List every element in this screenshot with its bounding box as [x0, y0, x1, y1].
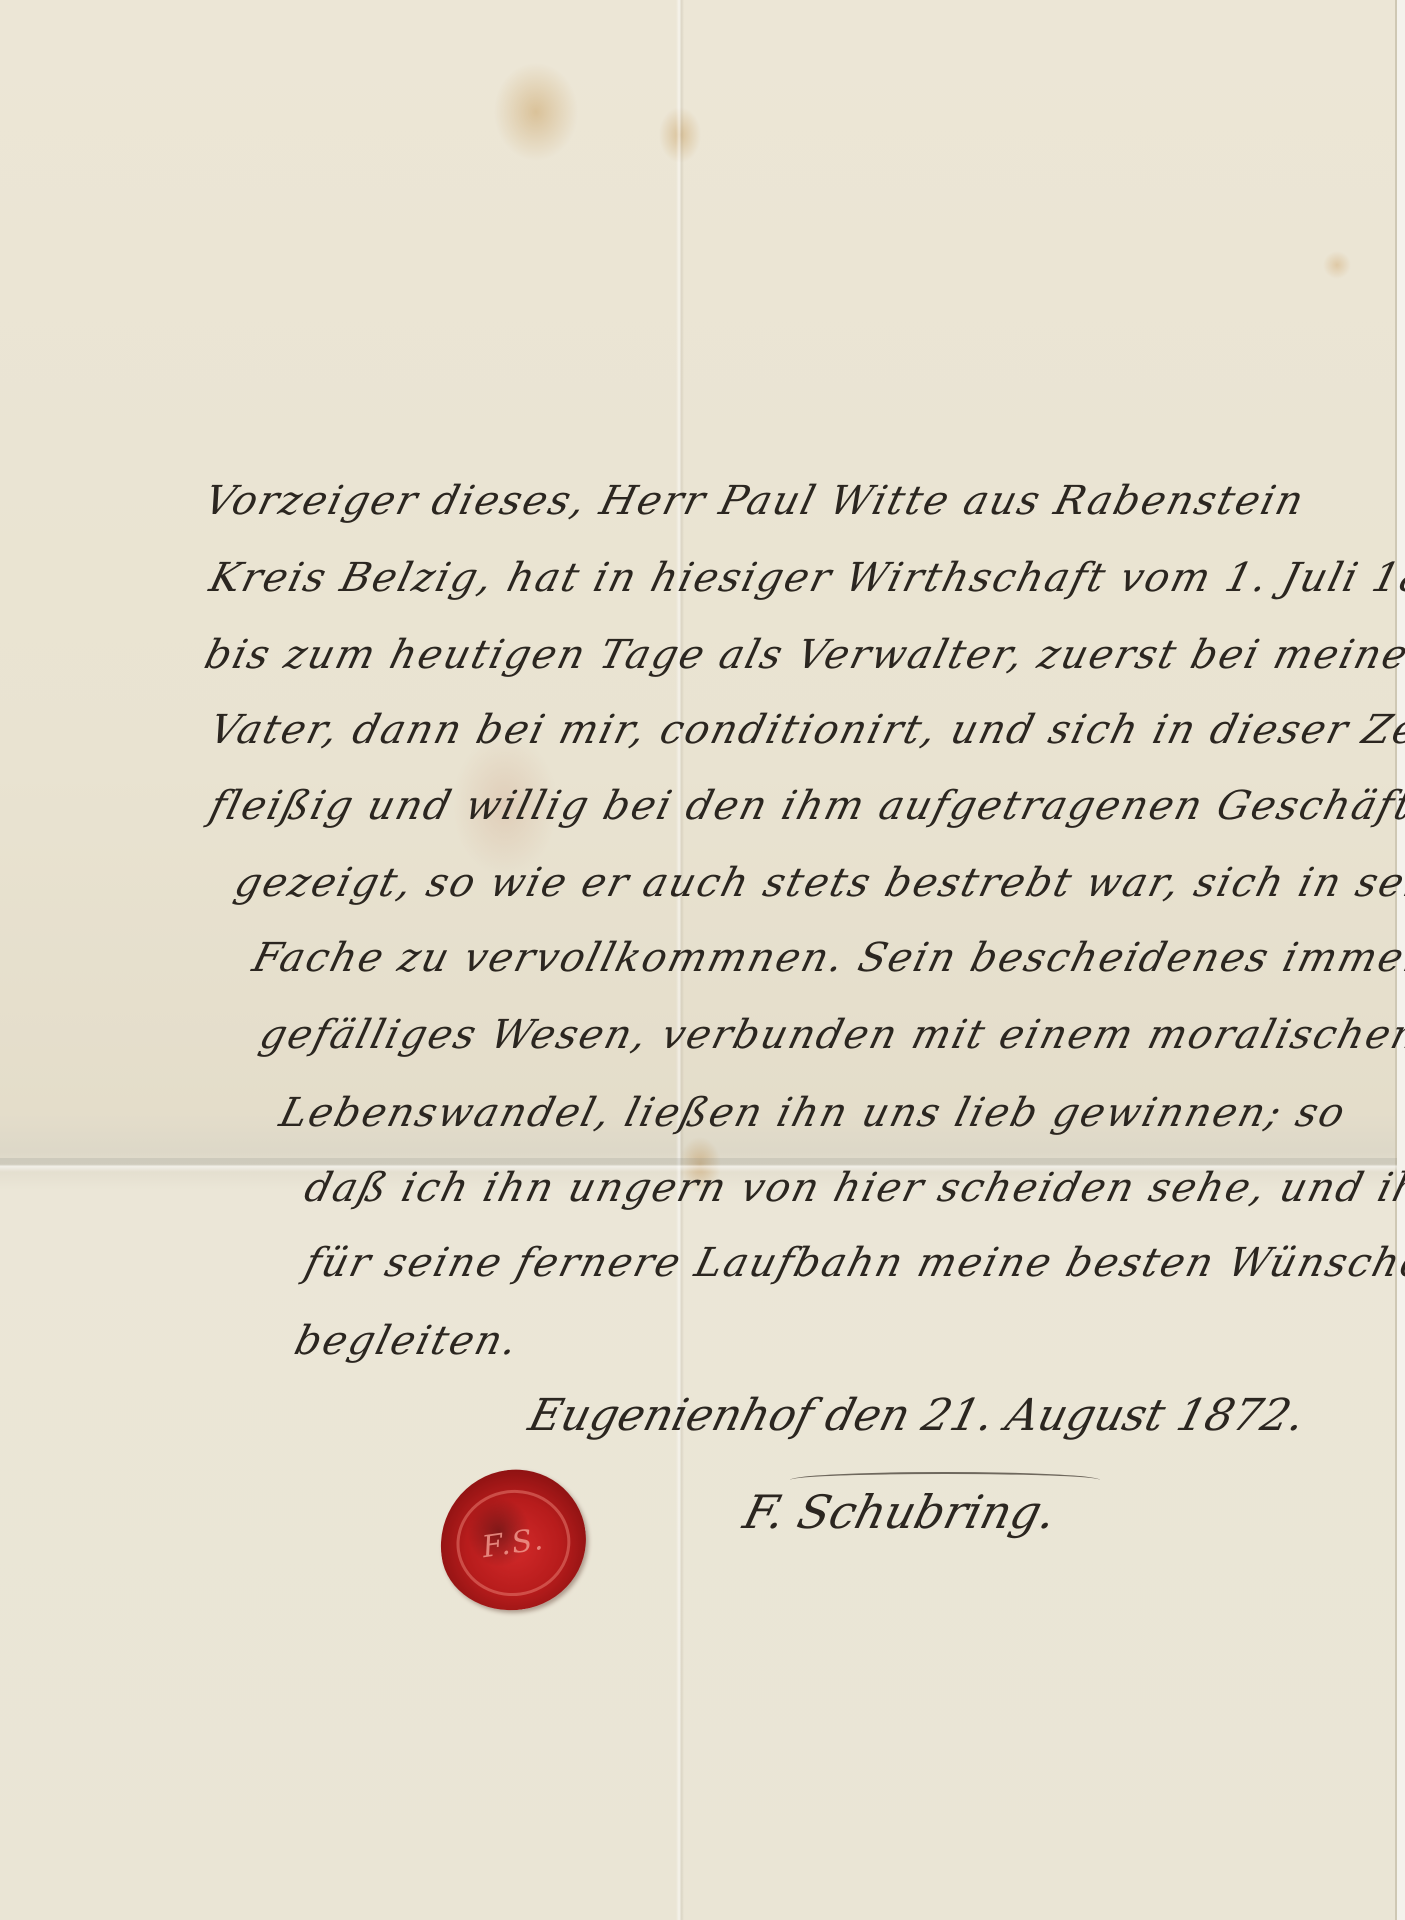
- body-line-4: Vater, dann bei mir, conditionirt, und s…: [205, 707, 1405, 753]
- body-line-7: Fache zu vervollkommnen. Sein bescheiden…: [248, 935, 1405, 981]
- body-line-9: Lebenswandel, ließen ihn uns lieb gewinn…: [275, 1090, 1351, 1136]
- seal-impression: F.S.: [450, 1483, 578, 1604]
- letter: Vorzeiger dieses, Herr Paul Witte aus Ra…: [0, 0, 1397, 1920]
- body-line-12: begleiten.: [290, 1318, 524, 1364]
- body-line-3: bis zum heutigen Tage als Verwalter, zue…: [200, 632, 1405, 678]
- body-line-1: Vorzeiger dieses, Herr Paul Witte aus Ra…: [200, 478, 1310, 524]
- body-line-11: für seine fernere Laufbahn meine besten …: [300, 1240, 1405, 1286]
- signature: F. Schubring.: [738, 1485, 1062, 1539]
- wax-seal: F.S.: [431, 1461, 595, 1620]
- seal-monogram: F.S.: [480, 1521, 547, 1564]
- place-and-date: Eugenienhof den 21. August 1872.: [524, 1390, 1311, 1441]
- body-line-2: Kreis Belzig, hat in hiesiger Wirthschaf…: [205, 555, 1405, 601]
- body-line-8: gefälliges Wesen, verbunden mit einem mo…: [255, 1012, 1405, 1058]
- body-line-10: daß ich ihn ungern von hier scheiden seh…: [300, 1165, 1405, 1211]
- body-line-5: fleißig und willig bei den ihm aufgetrag…: [205, 783, 1405, 829]
- body-line-6: gezeigt, so wie er auch stets bestrebt w…: [230, 860, 1405, 906]
